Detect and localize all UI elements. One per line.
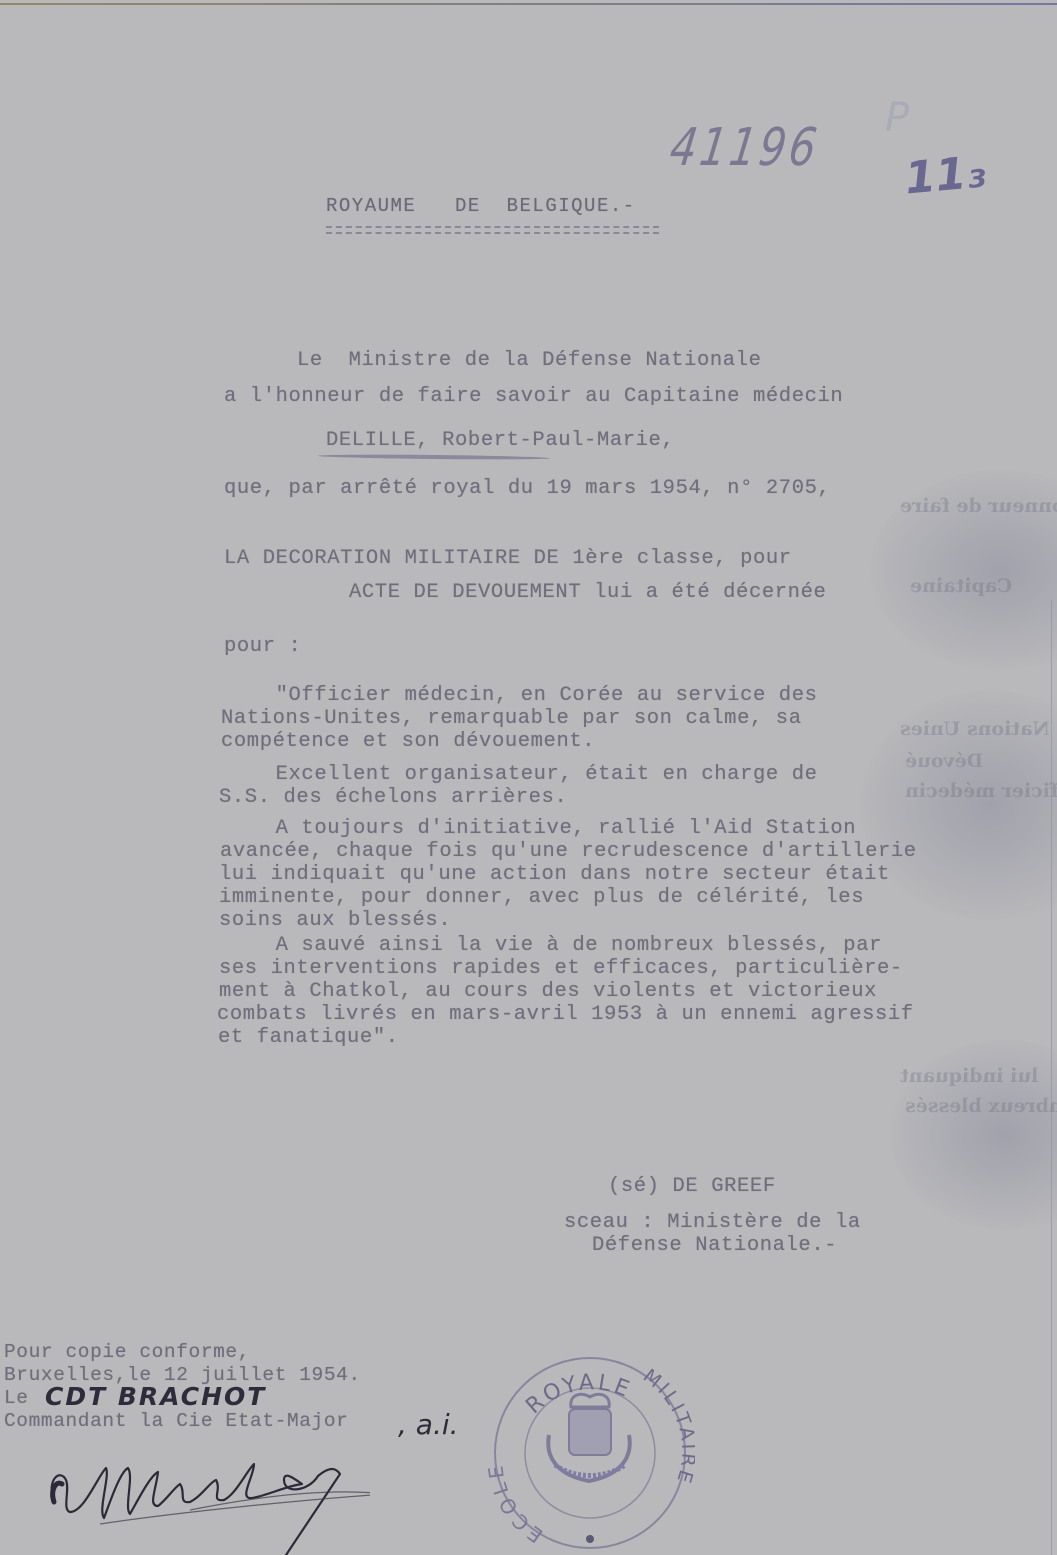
- citation-line: combats livrés en mars-avril 1953 à un e…: [217, 1004, 914, 1026]
- citation-line: ses interventions rapides et efficaces, …: [219, 958, 903, 980]
- scan-edge-top: [0, 3, 1057, 5]
- seal-line-2: Défense Nationale.-: [592, 1235, 837, 1257]
- citation-line: A toujours d'initiative, rallié l'Aid St…: [224, 818, 856, 840]
- reference-number-annotation: 41196: [666, 118, 823, 178]
- citation-line: A sauvé ainsi la vie à de nombreux bless…: [224, 935, 882, 957]
- bleed-through-text: à l'honneur de faire: [900, 495, 1057, 517]
- corner-mark-annotation: 11₃: [903, 147, 988, 205]
- document-header-title: ROYAUME DE BELGIQUE.-: [326, 195, 636, 217]
- recipient-name: DELILLE, Robert-Paul-Marie,: [326, 430, 674, 452]
- bleed-through-text: Nations Unies: [900, 718, 1050, 740]
- certification-line-commandant: Commandant la Cie Etat-Major: [4, 1410, 348, 1432]
- header-double-rule: [326, 232, 659, 234]
- citation-line: "Officier médecin, en Corée au service d…: [224, 685, 818, 707]
- bleed-through-text: de nombreux blessés: [905, 1095, 1057, 1117]
- scan-edge-right: [1051, 600, 1052, 1555]
- citation-line: imminente, pour donner, avec plus de cél…: [219, 887, 864, 909]
- citation-line: lui indiquait qu'une action dans notre s…: [219, 864, 890, 886]
- intro-line-minister: Le Ministre de la Défense Nationale: [297, 350, 761, 372]
- stamp-text-right: MILITAIRE: [639, 1365, 695, 1488]
- signatory: (sé) DE GREEF: [608, 1176, 776, 1198]
- citation-label: pour :: [224, 636, 301, 658]
- citation-line: S.S. des échelons arrières.: [219, 787, 567, 809]
- header-double-rule: [326, 226, 659, 228]
- svg-text:ECOLE: ECOLE: [485, 1461, 547, 1548]
- handwritten-ai-suffix: , a.i.: [398, 1408, 459, 1441]
- citation-line: avancée, chaque fois qu'une recrudescenc…: [220, 841, 917, 863]
- bleed-through-text: Dévoué: [905, 750, 983, 772]
- award-line-decoration: LA DECORATION MILITAIRE DE 1ère classe, …: [224, 548, 792, 570]
- intro-line-arrete: que, par arrêté royal du 19 mars 1954, n…: [224, 478, 830, 500]
- crest-icon: [548, 1394, 629, 1481]
- citation-line: compétence et son dévouement.: [221, 731, 595, 753]
- signature: [40, 1450, 370, 1555]
- bleed-through-text: Capitaine: [910, 575, 1012, 597]
- seal-line-1: sceau : Ministère de la: [564, 1212, 861, 1234]
- citation-line: et fanatique".: [218, 1027, 399, 1049]
- citation-line: soins aux blessés.: [219, 910, 451, 932]
- certification-line-copie: Pour copie conforme,: [4, 1341, 250, 1363]
- intro-line-honneur: a l'honneur de faire savoir au Capitaine…: [224, 386, 843, 408]
- corner-mark-faint: P: [885, 95, 909, 141]
- bleed-through-text: Officier médecin: [905, 780, 1057, 802]
- svg-text:MILITAIRE: MILITAIRE: [639, 1365, 695, 1488]
- award-line-devouement: ACTE DE DEVOUEMENT lui a été décernée: [349, 582, 826, 604]
- citation-line: Nations-Unites, remarquable par son calm…: [221, 708, 802, 730]
- handwritten-name-brachot: CDT BRACHOT: [45, 1382, 266, 1411]
- certification-line-le: Le: [4, 1387, 29, 1409]
- ecole-royale-militaire-stamp: ROYALE ECOLE MILITAIRE: [485, 1345, 695, 1555]
- citation-line: ment à Chatkol, au cours des violents et…: [219, 981, 877, 1003]
- citation-line: Excellent organisateur, était en charge …: [224, 764, 818, 786]
- recipient-underline: [318, 454, 550, 460]
- stamp-text-left: ECOLE: [485, 1461, 547, 1548]
- bleed-through-text: lui indiquant: [900, 1065, 1038, 1087]
